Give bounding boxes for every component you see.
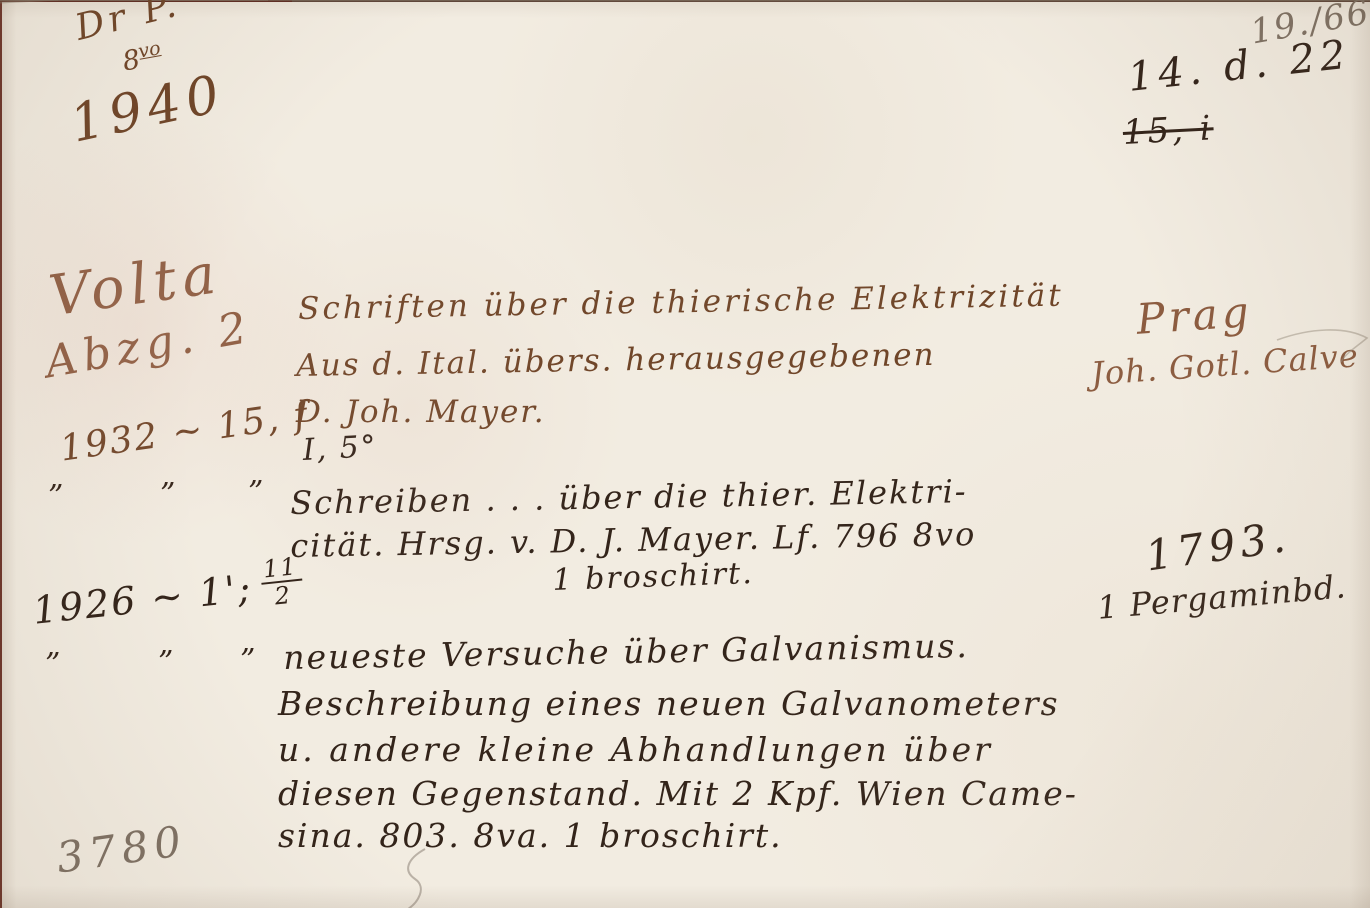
publication-place: Prag: [1135, 291, 1254, 341]
entry1-desc-line2: cität. Hrsg. v. D. J. Mayer. Lf. 796 8vo: [290, 518, 977, 562]
binding-note: 1 Pergaminbd.: [1096, 570, 1348, 624]
press-mark: Dr P.: [72, 0, 183, 47]
shelfmark-entry1: 1932 ~ 15, f: [58, 397, 311, 468]
ditto-mark: ”: [248, 478, 263, 508]
entry1-title-line1: Schriften über die thierische Elektrizit…: [298, 281, 1064, 325]
publisher-name: Joh. Gotl. Calve: [1090, 339, 1360, 390]
vertical-rule-right: [0, 0, 2, 908]
ditto-mark: ”: [158, 648, 173, 678]
crossed-out-note: 15, i: [1122, 111, 1214, 150]
entry1-volume-note: I, 5°: [302, 432, 378, 466]
entry2-line3: u. andere kleine Abhandlungen über: [278, 733, 993, 766]
entry2-line4: diesen Gegenstand. Mit 2 Kpf. Wien Came-: [278, 777, 1078, 810]
card-number: 3780: [54, 820, 189, 880]
entry2-line2: Beschreibung eines neuen Galvanometers: [278, 687, 1060, 720]
entry1-title-line3: D. Joh. Mayer.: [296, 397, 546, 428]
entry2-line1: neueste Versuche über Galvanismus.: [283, 629, 969, 674]
entry1-title-line2: Aus d. Ital. übers. herausgegebenen: [296, 340, 936, 382]
entry1-binding-note: 1 broschirt.: [552, 559, 754, 596]
accession-number: 1940: [66, 67, 230, 150]
date-code: 14. d. 22: [1126, 35, 1352, 98]
catalog-card-scan: { "card": { "header_left": { "press_mark…: [0, 0, 1370, 908]
entry1-desc-line1: Schreiben . . . über die thier. Elektri-: [290, 475, 968, 519]
publication-year: 1793.: [1143, 516, 1293, 578]
ditto-mark: ”: [45, 650, 60, 680]
entry2-line5: sina. 803. 8va. 1 broschirt.: [278, 819, 783, 852]
ditto-mark: ”: [48, 482, 63, 512]
ditto-mark: ”: [240, 646, 255, 676]
shelfmark-entry2: 1926 ~ 1';112: [30, 554, 305, 634]
format-note: 8vo: [120, 39, 164, 75]
ditto-mark: ”: [160, 480, 175, 510]
